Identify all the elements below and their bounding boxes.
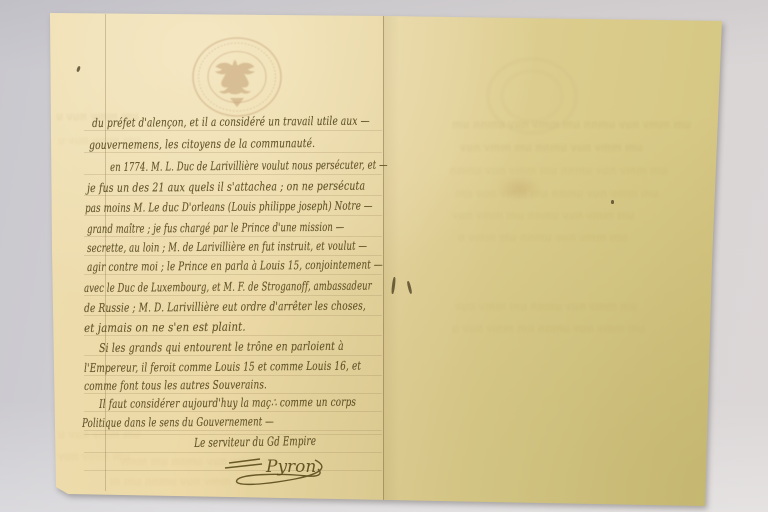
ruled-line [84,375,382,376]
handwriting-line: l'Empereur, il feroit comme Louis 15 et … [84,359,361,375]
bleed-through-mark: um mmv nuv u [58,134,141,147]
bleed-through-mark: um mmv nuv umnn um mmv nuv umnn um [452,118,691,131]
ruled-line [84,130,382,131]
ruled-line [84,174,382,175]
handwriting-line: en 1774. M. L. Duc de Larivillière voulu… [110,158,388,174]
handwriting-line: Il faut considérer aujourd'huy la maç∴ c… [99,395,356,411]
paper-sheet: du préfet d'alençon, et il a considéré u… [0,0,768,512]
handwriting-line: je fus un des 21 aux quels il s'attachea… [87,179,365,195]
ruled-line [84,411,382,412]
bleed-through-mark: um mmv nuv u [58,428,141,441]
handwriting-line: comme font tous les autres Souverains. [84,377,267,393]
bleed-through-mark: um mmv nuv umnn um mmv [120,455,279,468]
ruled-line [84,315,382,316]
ink-speck [611,200,614,204]
ruled-line [84,255,382,256]
bleed-through-mark: um mmv nuv umnn um mmv nuv umnn [450,164,668,177]
handwriting-line: et jamais on ne s'en est plaint. [84,320,246,335]
handwriting-line: secrette, au loin ; M. de Larivillière e… [87,239,367,255]
bleed-through-mark: um mmv nuv umnn um mmv nuv [460,141,643,154]
ruled-line [84,355,382,356]
bleed-through-mark: um mmv nuv umnn um mmv nuv [455,300,638,313]
handwriting-line: avec le Duc de Luxembourg, et M. F. de S… [84,278,372,295]
bleed-through-mark: um mmv nuv umnn um m [110,475,252,488]
bleed-through-mark: um mmv nuv u [56,110,139,123]
bleed-through-mark: um mmv nuv umnn um mmv nuv u [452,322,645,335]
ruled-line [84,274,382,275]
center-fold-line [383,15,384,505]
signature: Pyron [215,446,355,498]
bleed-through-mark: um mmv nuv umnn um mmv n [458,231,627,244]
ruled-line [84,195,382,196]
handwriting-line: pas moins M. Le duc D'orleans (Louis phi… [85,198,373,215]
bleed-through-mark: um mmv nuv umnn um mmv nuv [452,209,635,222]
ruled-line [84,335,382,336]
ruled-line [84,295,382,296]
bleed-through-mark: um mmv nuv umnn um mmv nuv um [455,187,659,200]
handwriting-line: de Russie ; M. D. Larivillière eut ordre… [84,299,366,315]
embossed-eagle-seal [190,36,286,120]
handwriting-line: agir contre moi ; le Prince en parla à L… [87,257,383,274]
ink-speck [76,66,81,73]
ruled-line [84,236,382,237]
ruled-line [84,215,382,216]
manuscript-paper: du préfet d'alençon, et il a considéré u… [0,0,768,512]
ink-speck [406,281,412,294]
handwriting-line: Si les grands qui entourent le trône en … [99,339,344,355]
photo-background: du préfet d'alençon, et il a considéré u… [0,0,768,512]
ruled-line [84,393,382,394]
ruled-line [84,152,382,153]
handwriting-line: grand maître ; je fus chargé par le Prin… [87,220,344,236]
ink-smudge [497,176,541,200]
fold-shading [383,14,399,506]
